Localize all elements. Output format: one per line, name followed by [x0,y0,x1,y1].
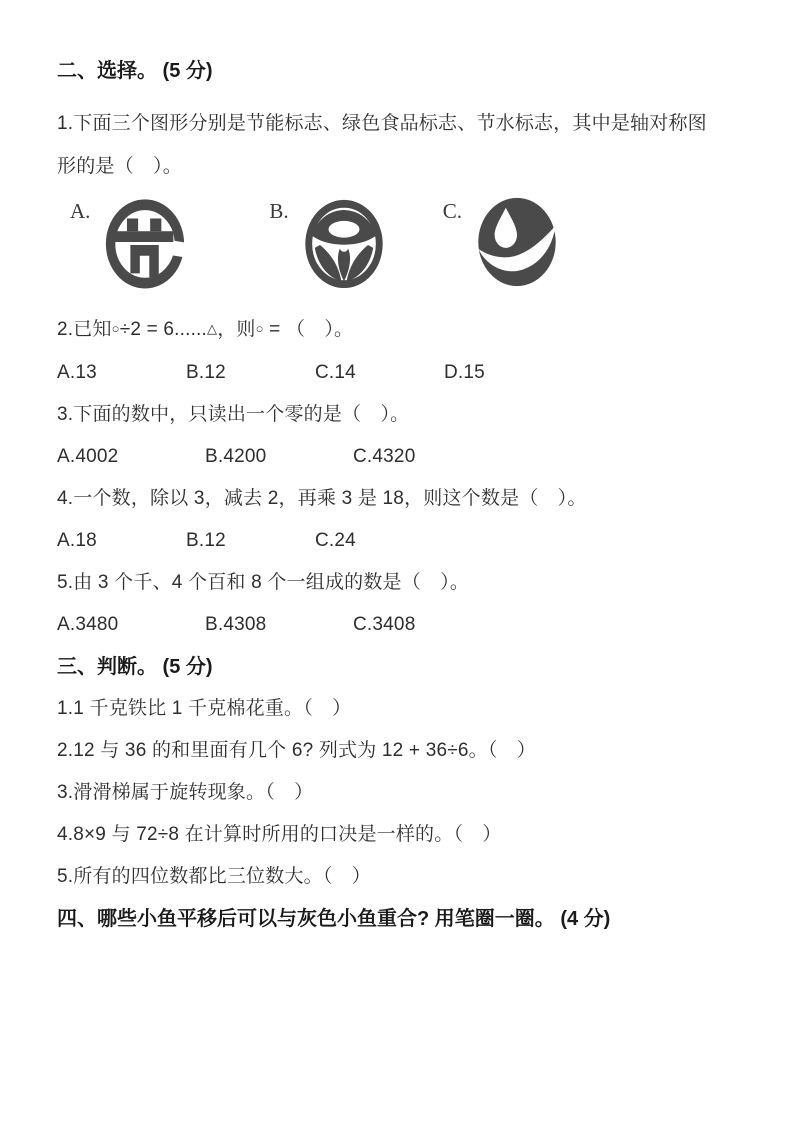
section-3-heading: 三、判断。 (5 分) [57,654,735,680]
judge-item-4: 4.8×9 与 72÷8 在计算时所用的口决是一样的。（ ） [57,822,735,848]
triangle-symbol: △ [207,321,217,336]
energy-saving-logo-icon [102,193,188,291]
logo-choices-row: A. B. C. [57,193,735,301]
question-5-text: 5.由 3 个千、4 个百和 8 个一组成的数是（ ）。 [57,570,735,596]
question-2-part-2: ÷2 = 6...... [120,319,207,340]
question-3-text: 3.下面的数中，只读出一个零的是（ ）。 [57,402,735,428]
question-2-part-1: 2.已知 [57,319,112,340]
green-food-logo-icon [301,193,387,291]
logo-choice-a: A. [70,193,188,291]
logo-choice-c: C. [443,193,560,291]
question-3-options: A.4002B.4200C.4320 [57,444,735,470]
judge-item-2: 2.12 与 36 的和里面有几个 6? 列式为 12 + 36÷6。（ ） [57,738,735,764]
question-2-text: 2.已知○÷2 = 6......△，则○ = （ ）。 [57,317,735,344]
option-c: C.4320 [353,444,415,470]
logo-choice-c-label: C. [443,199,462,224]
logo-choice-a-label: A. [70,199,90,224]
question-1-line-2: 形的是（ ）。 [57,154,735,180]
option-d: D.15 [444,360,485,386]
option-b: B.12 [186,528,315,554]
water-saving-logo-icon [474,193,560,291]
option-b: B.4200 [205,444,353,470]
question-1-line-1: 1.下面三个图形分别是节能标志、绿色食品标志、节水标志，其中是轴对称图 [57,111,735,137]
option-c: C.24 [315,528,356,554]
logo-choice-b-label: B. [269,199,288,224]
option-c: C.14 [315,360,444,386]
option-a: A.13 [57,360,186,386]
section-4-heading: 四、哪些小鱼平移后可以与灰色小鱼重合? 用笔圈一圈。 (4 分) [57,906,735,932]
section-2-heading: 二、选择。 (5 分) [57,58,735,84]
question-4-text: 4.一个数，除以 3，减去 2，再乘 3 是 18，则这个数是（ ）。 [57,486,735,512]
option-b: B.4308 [205,612,353,638]
judge-item-5: 5.所有的四位数都比三位数大。（ ） [57,864,735,890]
option-c: C.3408 [353,612,415,638]
question-5-options: A.3480B.4308C.3408 [57,612,735,638]
judge-item-3: 3.滑滑梯属于旋转现象。（ ） [57,780,735,806]
question-2-part-4: = （ ）。 [264,319,354,340]
option-a: A.4002 [57,444,205,470]
circle-symbol: ○ [256,321,264,336]
exam-page: 二、选择。 (5 分) 1.下面三个图形分别是节能标志、绿色食品标志、节水标志，… [0,0,793,932]
judge-item-1: 1.1 千克铁比 1 千克棉花重。（ ） [57,696,735,722]
circle-symbol: ○ [112,321,120,336]
question-4-options: A.18B.12C.24 [57,528,735,554]
question-2-options: A.13B.12C.14D.15 [57,360,735,386]
option-a: A.18 [57,528,186,554]
option-b: B.12 [186,360,315,386]
logo-choice-b: B. [269,193,386,291]
question-2-part-3: ，则 [217,319,255,340]
option-a: A.3480 [57,612,205,638]
